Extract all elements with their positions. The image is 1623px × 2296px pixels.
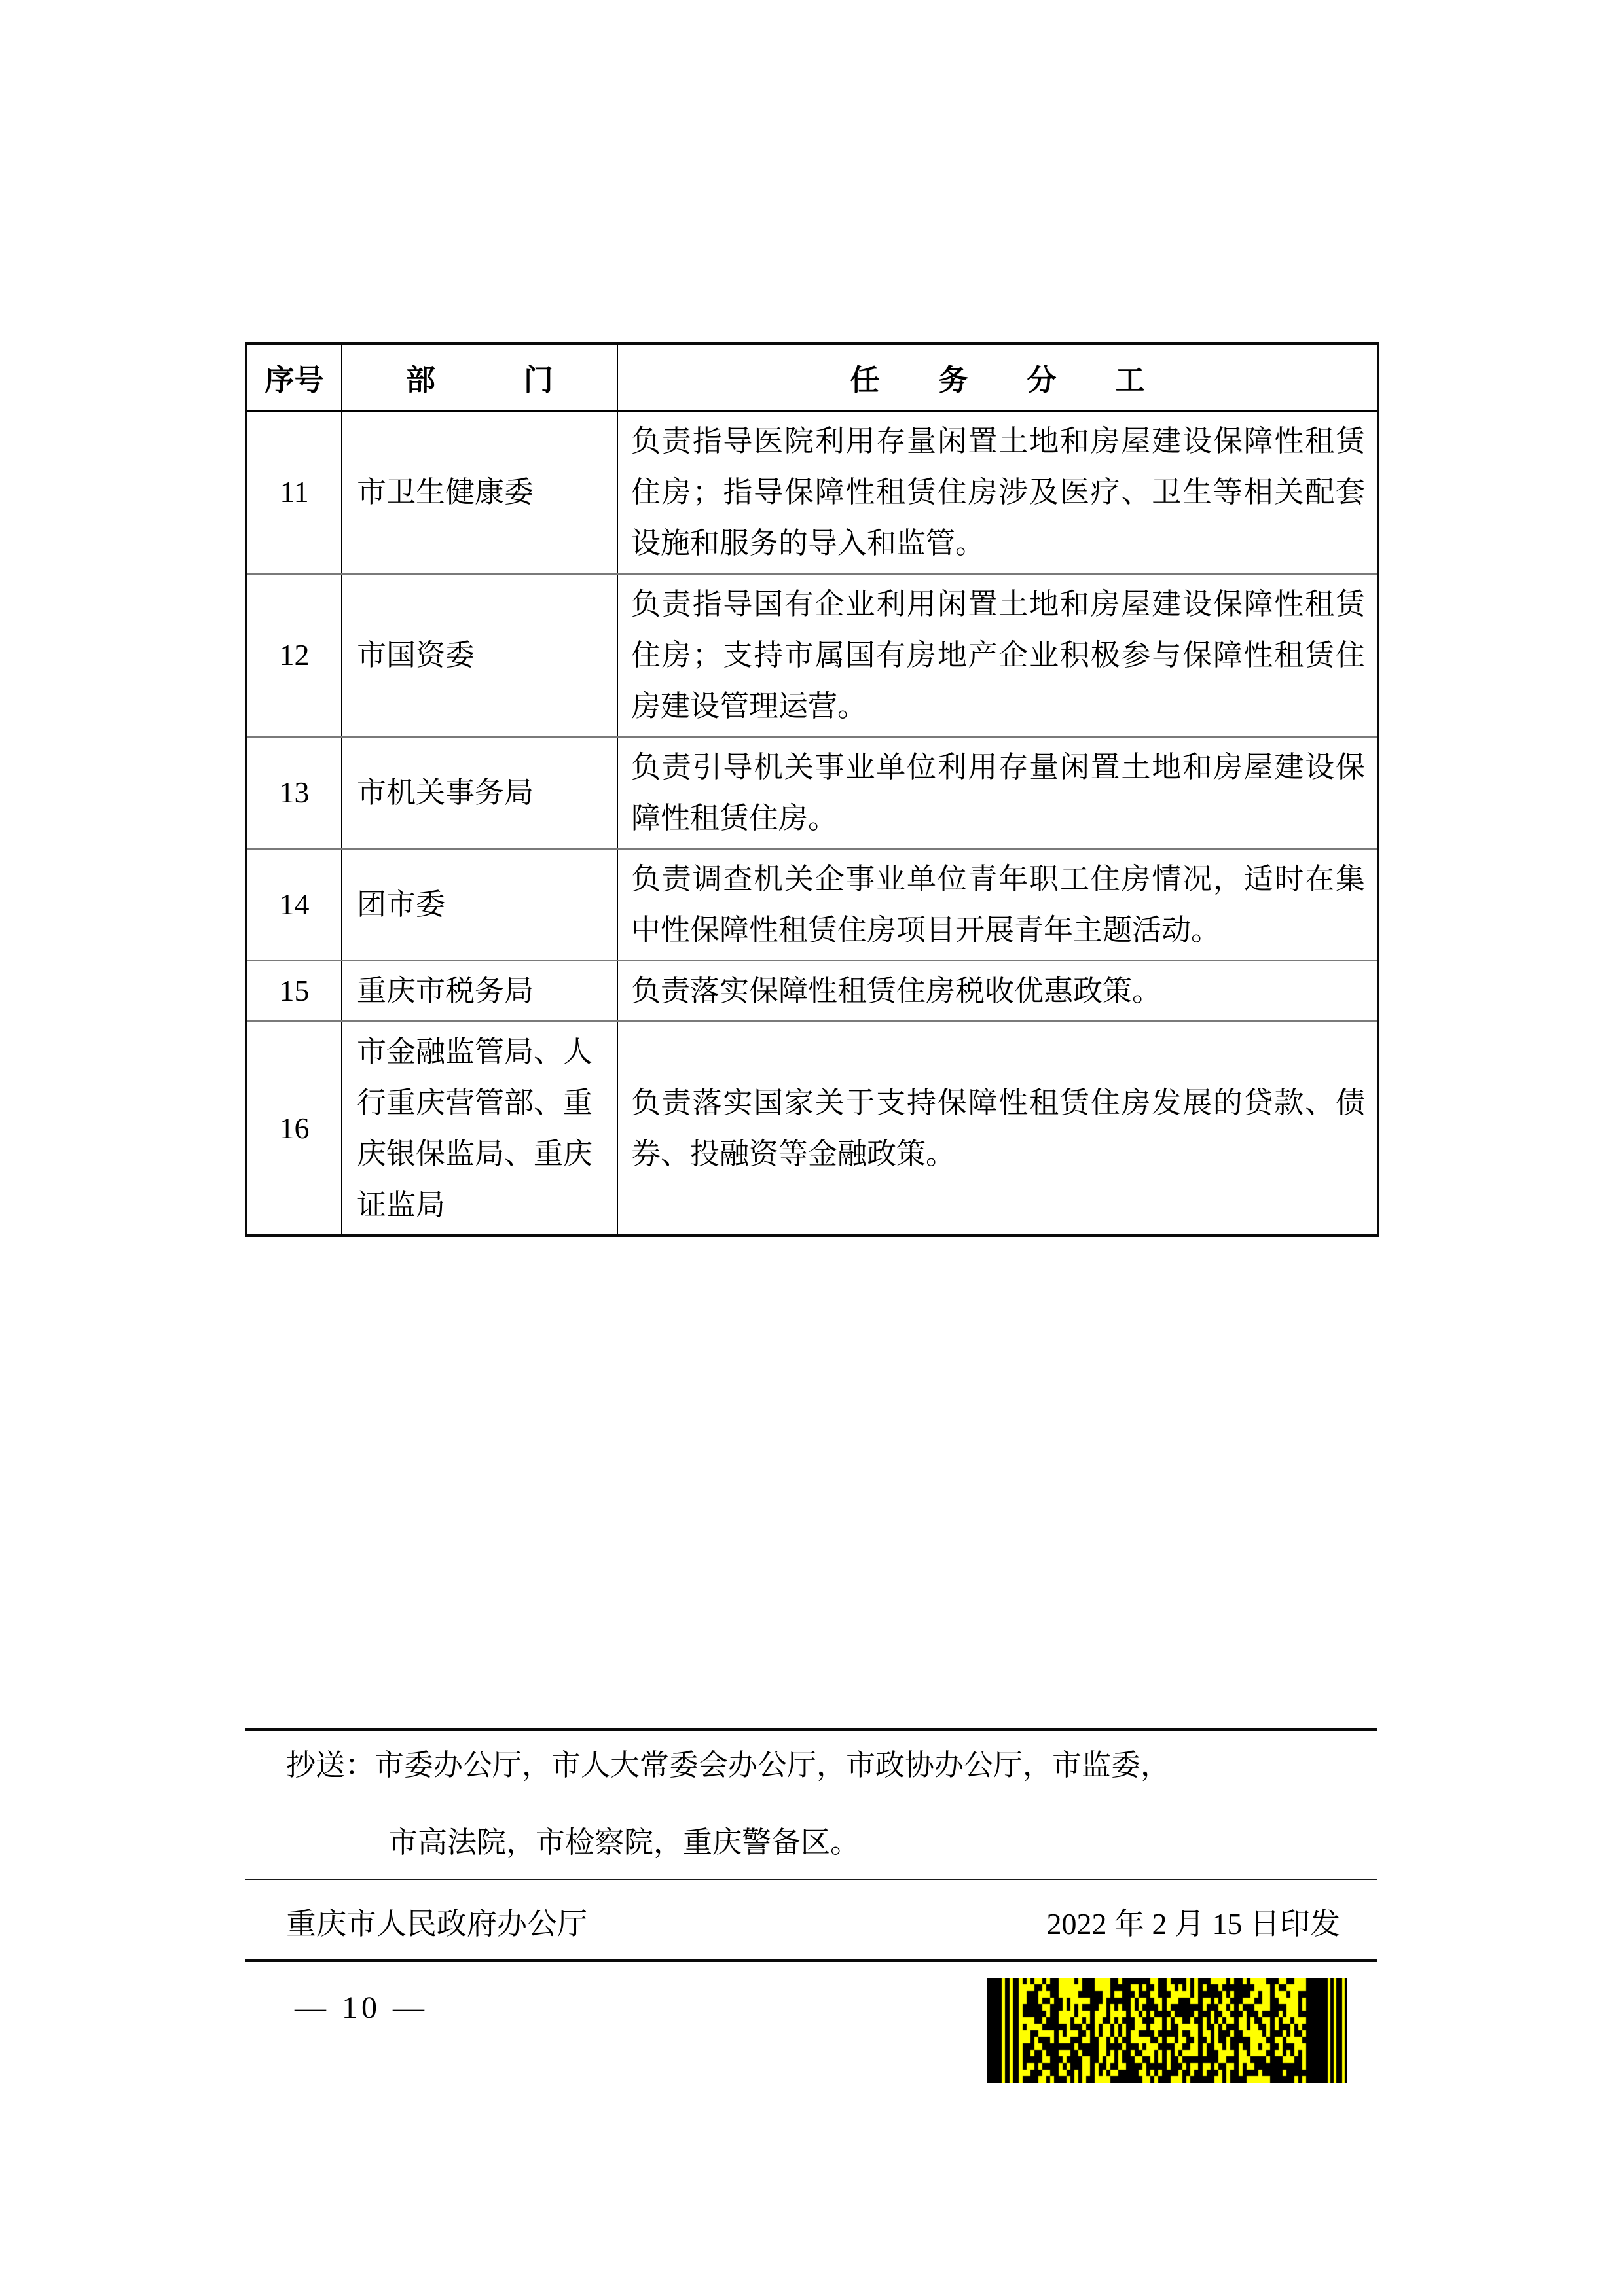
cc-line-1: 抄送：市委办公厅，市人大常委会办公厅，市政协办公厅，市监委，	[286, 1746, 1170, 1784]
footer-rule	[245, 1959, 1377, 1962]
document-page: { "table": { "headers": { "no": "序号", "d…	[0, 0, 1623, 2296]
table-header-row: 序号 部 门 任 务 分 工	[246, 344, 1378, 410]
row-number-cell: 12	[246, 573, 342, 736]
department-cell: 市卫生健康委	[342, 410, 617, 573]
header-task-division: 任 务 分 工	[617, 344, 1378, 410]
cc-bottom-rule	[245, 1879, 1377, 1880]
row-number-cell: 15	[246, 960, 342, 1021]
issuing-office: 重庆市人民政府办公厅	[286, 1900, 587, 1943]
task-cell: 负责指导国有企业利用闲置土地和房屋建设保障性租赁住房；支持市属国有房地产企业积极…	[617, 573, 1378, 736]
cc-top-rule	[245, 1728, 1377, 1731]
table-row: 14 团市委 负责调查机关企事业单位青年职工住房情况，适时在集中性保障性租赁住房…	[246, 848, 1378, 960]
table-row: 15 重庆市税务局 负责落实保障性租赁住房税收优惠政策。	[246, 960, 1378, 1021]
row-number-cell: 16	[246, 1021, 342, 1236]
cc-line-2: 市高法院，市检察院，重庆警备区。	[388, 1823, 860, 1861]
table-row: 12 市国资委 负责指导国有企业利用闲置土地和房屋建设保障性租赁住房；支持市属国…	[246, 573, 1378, 736]
department-cell: 市机关事务局	[342, 736, 617, 848]
task-cell: 负责落实国家关于支持保障性租赁住房发展的贷款、债券、投融资等金融政策。	[617, 1021, 1378, 1236]
task-cell: 负责调查机关企事业单位青年职工住房情况，适时在集中性保障性租赁住房项目开展青年主…	[617, 848, 1378, 960]
task-cell: 负责指导医院利用存量闲置土地和房屋建设保障性租赁住房；指导保障性租赁住房涉及医疗…	[617, 410, 1378, 573]
department-cell: 团市委	[342, 848, 617, 960]
header-department: 部 门	[342, 344, 617, 410]
row-number-cell: 14	[246, 848, 342, 960]
department-cell: 市金融监管局、人行重庆营管部、重庆银保监局、重庆证监局	[342, 1021, 617, 1236]
header-serial-number: 序号	[246, 344, 342, 410]
task-cell: 负责引导机关事业单位利用存量闲置土地和房屋建设保障性租赁住房。	[617, 736, 1378, 848]
department-cell: 重庆市税务局	[342, 960, 617, 1021]
document-barcode-image	[987, 1978, 1347, 2083]
department-cell: 市国资委	[342, 573, 617, 736]
table-row: 13 市机关事务局 负责引导机关事业单位利用存量闲置土地和房屋建设保障性租赁住房…	[246, 736, 1378, 848]
row-number-cell: 13	[246, 736, 342, 848]
row-number-cell: 11	[246, 410, 342, 573]
print-date: 2022 年 2 月 15 日印发	[1047, 1900, 1341, 1943]
task-assignment-table: 序号 部 门 任 务 分 工 11 市卫生健康委 负责指导医院利用存量闲置土地和…	[245, 342, 1379, 1237]
table-row: 11 市卫生健康委 负责指导医院利用存量闲置土地和房屋建设保障性租赁住房；指导保…	[246, 410, 1378, 573]
page-number: — 10 —	[295, 1990, 428, 2026]
table-row: 16 市金融监管局、人行重庆营管部、重庆银保监局、重庆证监局 负责落实国家关于支…	[246, 1021, 1378, 1236]
task-cell: 负责落实保障性租赁住房税收优惠政策。	[617, 960, 1378, 1021]
